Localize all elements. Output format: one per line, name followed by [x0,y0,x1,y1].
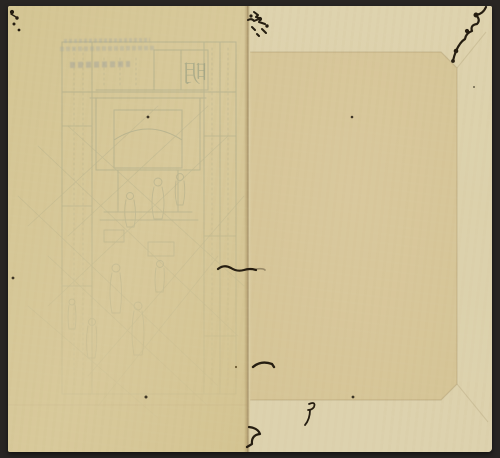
right-page [250,6,492,452]
library-stamp-line-2 [60,48,154,49]
center-fold [244,6,252,452]
left-page: 明 [8,6,247,452]
bleedthrough-frame [62,42,236,394]
bleedthrough-floor-hatch [18,106,244,418]
library-stamp-line-1 [64,40,150,41]
bleedthrough-figures [68,174,185,359]
bleedthrough-gate [90,90,206,220]
turnin-crease-lines [250,6,492,452]
bleedthrough-illustration: 明 [8,6,247,452]
date-stamp [70,64,130,65]
book-cover-scan: 明 [8,6,492,452]
bleedthrough-title-character: 明 [183,60,207,88]
scanner-bed-background: 明 [0,0,500,458]
